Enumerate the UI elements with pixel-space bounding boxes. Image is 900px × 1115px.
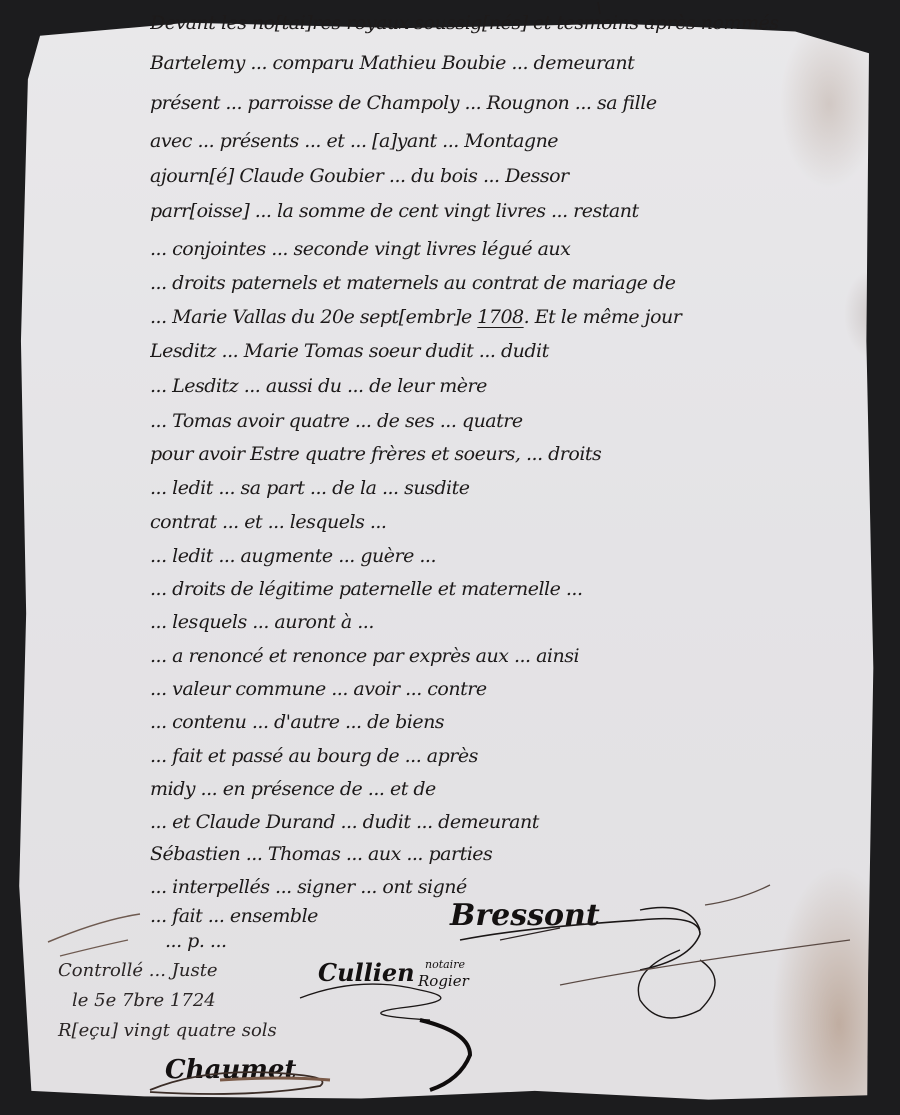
- text-line-11: ... Lesditz ... aussi du ... de leur mèr…: [150, 375, 870, 397]
- text-line-10: Lesditz ... Marie Tomas soeur dudit ... …: [150, 340, 870, 362]
- text-line-20: ... valeur commune ... avoir ... contre: [150, 678, 870, 700]
- signature-4: Chaumet: [165, 1055, 296, 1085]
- text-line-04: avec ... présents ... et ... [a]yant ...…: [150, 130, 870, 152]
- text-line-06: parr[oisse] ... la somme de cent vingt l…: [150, 200, 870, 222]
- text-line-18: ... lesquels ... auront à ...: [150, 611, 870, 633]
- text-line-21: ... contenu ... d'autre ... de biens: [150, 711, 870, 733]
- text-line-09-main: ... Marie Vallas du 20e sept[embr]e: [150, 306, 472, 328]
- highlighted-date: 1708: [477, 306, 523, 328]
- margin-note-line-2: le 5e 7bre 1724: [72, 990, 216, 1011]
- text-line-05: ajourn[é] Claude Goubier ... du bois ...…: [150, 165, 870, 187]
- signature-2: Cullien: [318, 958, 415, 987]
- text-line-09-suffix: . Et le même jour: [524, 306, 682, 328]
- text-line-16: ... ledit ... augmente ... guère ...: [150, 545, 870, 567]
- text-line-01: Devant les no[tai]res royaux soussig[nés…: [150, 12, 870, 34]
- margin-note-line-3: R[eçu] vingt quatre sols: [58, 1020, 277, 1041]
- text-line-22: ... fait et passé au bourg de ... après: [150, 745, 870, 767]
- text-line-19: ... a renoncé et renonce par exprès aux …: [150, 645, 870, 667]
- text-line-08: ... droits paternels et maternels au con…: [150, 272, 870, 294]
- text-line-17: ... droits de légitime paternelle et mat…: [150, 578, 870, 600]
- signature-3: Rogier: [418, 972, 469, 990]
- signature-annotation: notaire: [425, 958, 465, 971]
- text-line-09: ... Marie Vallas du 20e sept[embr]e 1708…: [150, 306, 870, 328]
- text-line-28: ... p. ...: [165, 930, 385, 952]
- text-line-12: ... Tomas avoir quatre ... de ses ... qu…: [150, 410, 870, 432]
- text-line-23: midy ... en présence de ... et de: [150, 778, 870, 800]
- signature-1: Bressont: [450, 898, 600, 933]
- text-line-25: Sébastien ... Thomas ... aux ... parties: [150, 843, 870, 865]
- text-line-02: Bartelemy ... comparu Mathieu Boubie ...…: [150, 52, 870, 74]
- text-line-15: contrat ... et ... lesquels ...: [150, 511, 870, 533]
- text-line-14: ... ledit ... sa part ... de la ... susd…: [150, 477, 870, 499]
- text-line-24: ... et Claude Durand ... dudit ... demeu…: [150, 811, 870, 833]
- text-line-03: présent ... parroisse de Champoly ... Ro…: [150, 92, 870, 114]
- text-line-26: ... interpellés ... signer ... ont signé: [150, 876, 870, 898]
- margin-note-line-1: Controllé ... Juste: [58, 960, 218, 981]
- text-line-07: ... conjointes ... seconde vingt livres …: [150, 238, 870, 260]
- text-line-13: pour avoir Estre quatre frères et soeurs…: [150, 443, 870, 465]
